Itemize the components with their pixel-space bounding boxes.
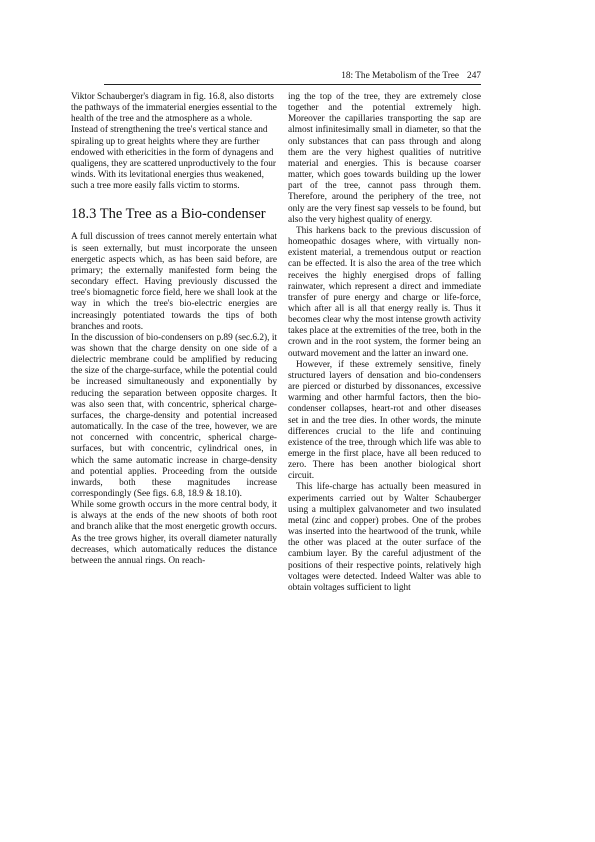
header-rule [104,84,481,85]
body-paragraph: While some growth occurs in the more cen… [71,500,277,567]
right-column: ing the top of the tree, they are extrem… [288,92,481,594]
body-paragraph: A full discussion of trees cannot merely… [71,232,277,332]
body-paragraph: However, if these extremely sensitive, f… [288,360,481,483]
running-head: 18: The Metabolism of the Tree247 [104,71,481,82]
section-title: 18.3 The Tree as a Bio-condenser [71,206,277,223]
body-paragraph: In the discussion of bio-condensers on p… [71,333,277,500]
left-column: Viktor Schauberger's diagram in fig. 16.… [71,92,277,567]
chapter-title: 18: The Metabolism of the Tree [341,71,459,81]
body-paragraph: This harkens back to the previous discus… [288,226,481,360]
intro-paragraph: Viktor Schauberger's diagram in fig. 16.… [71,92,277,192]
body-paragraph: ing the top of the tree, they are extrem… [288,92,481,226]
body-paragraph: This life-charge has actually been measu… [288,482,481,594]
page-number: 247 [467,71,481,81]
